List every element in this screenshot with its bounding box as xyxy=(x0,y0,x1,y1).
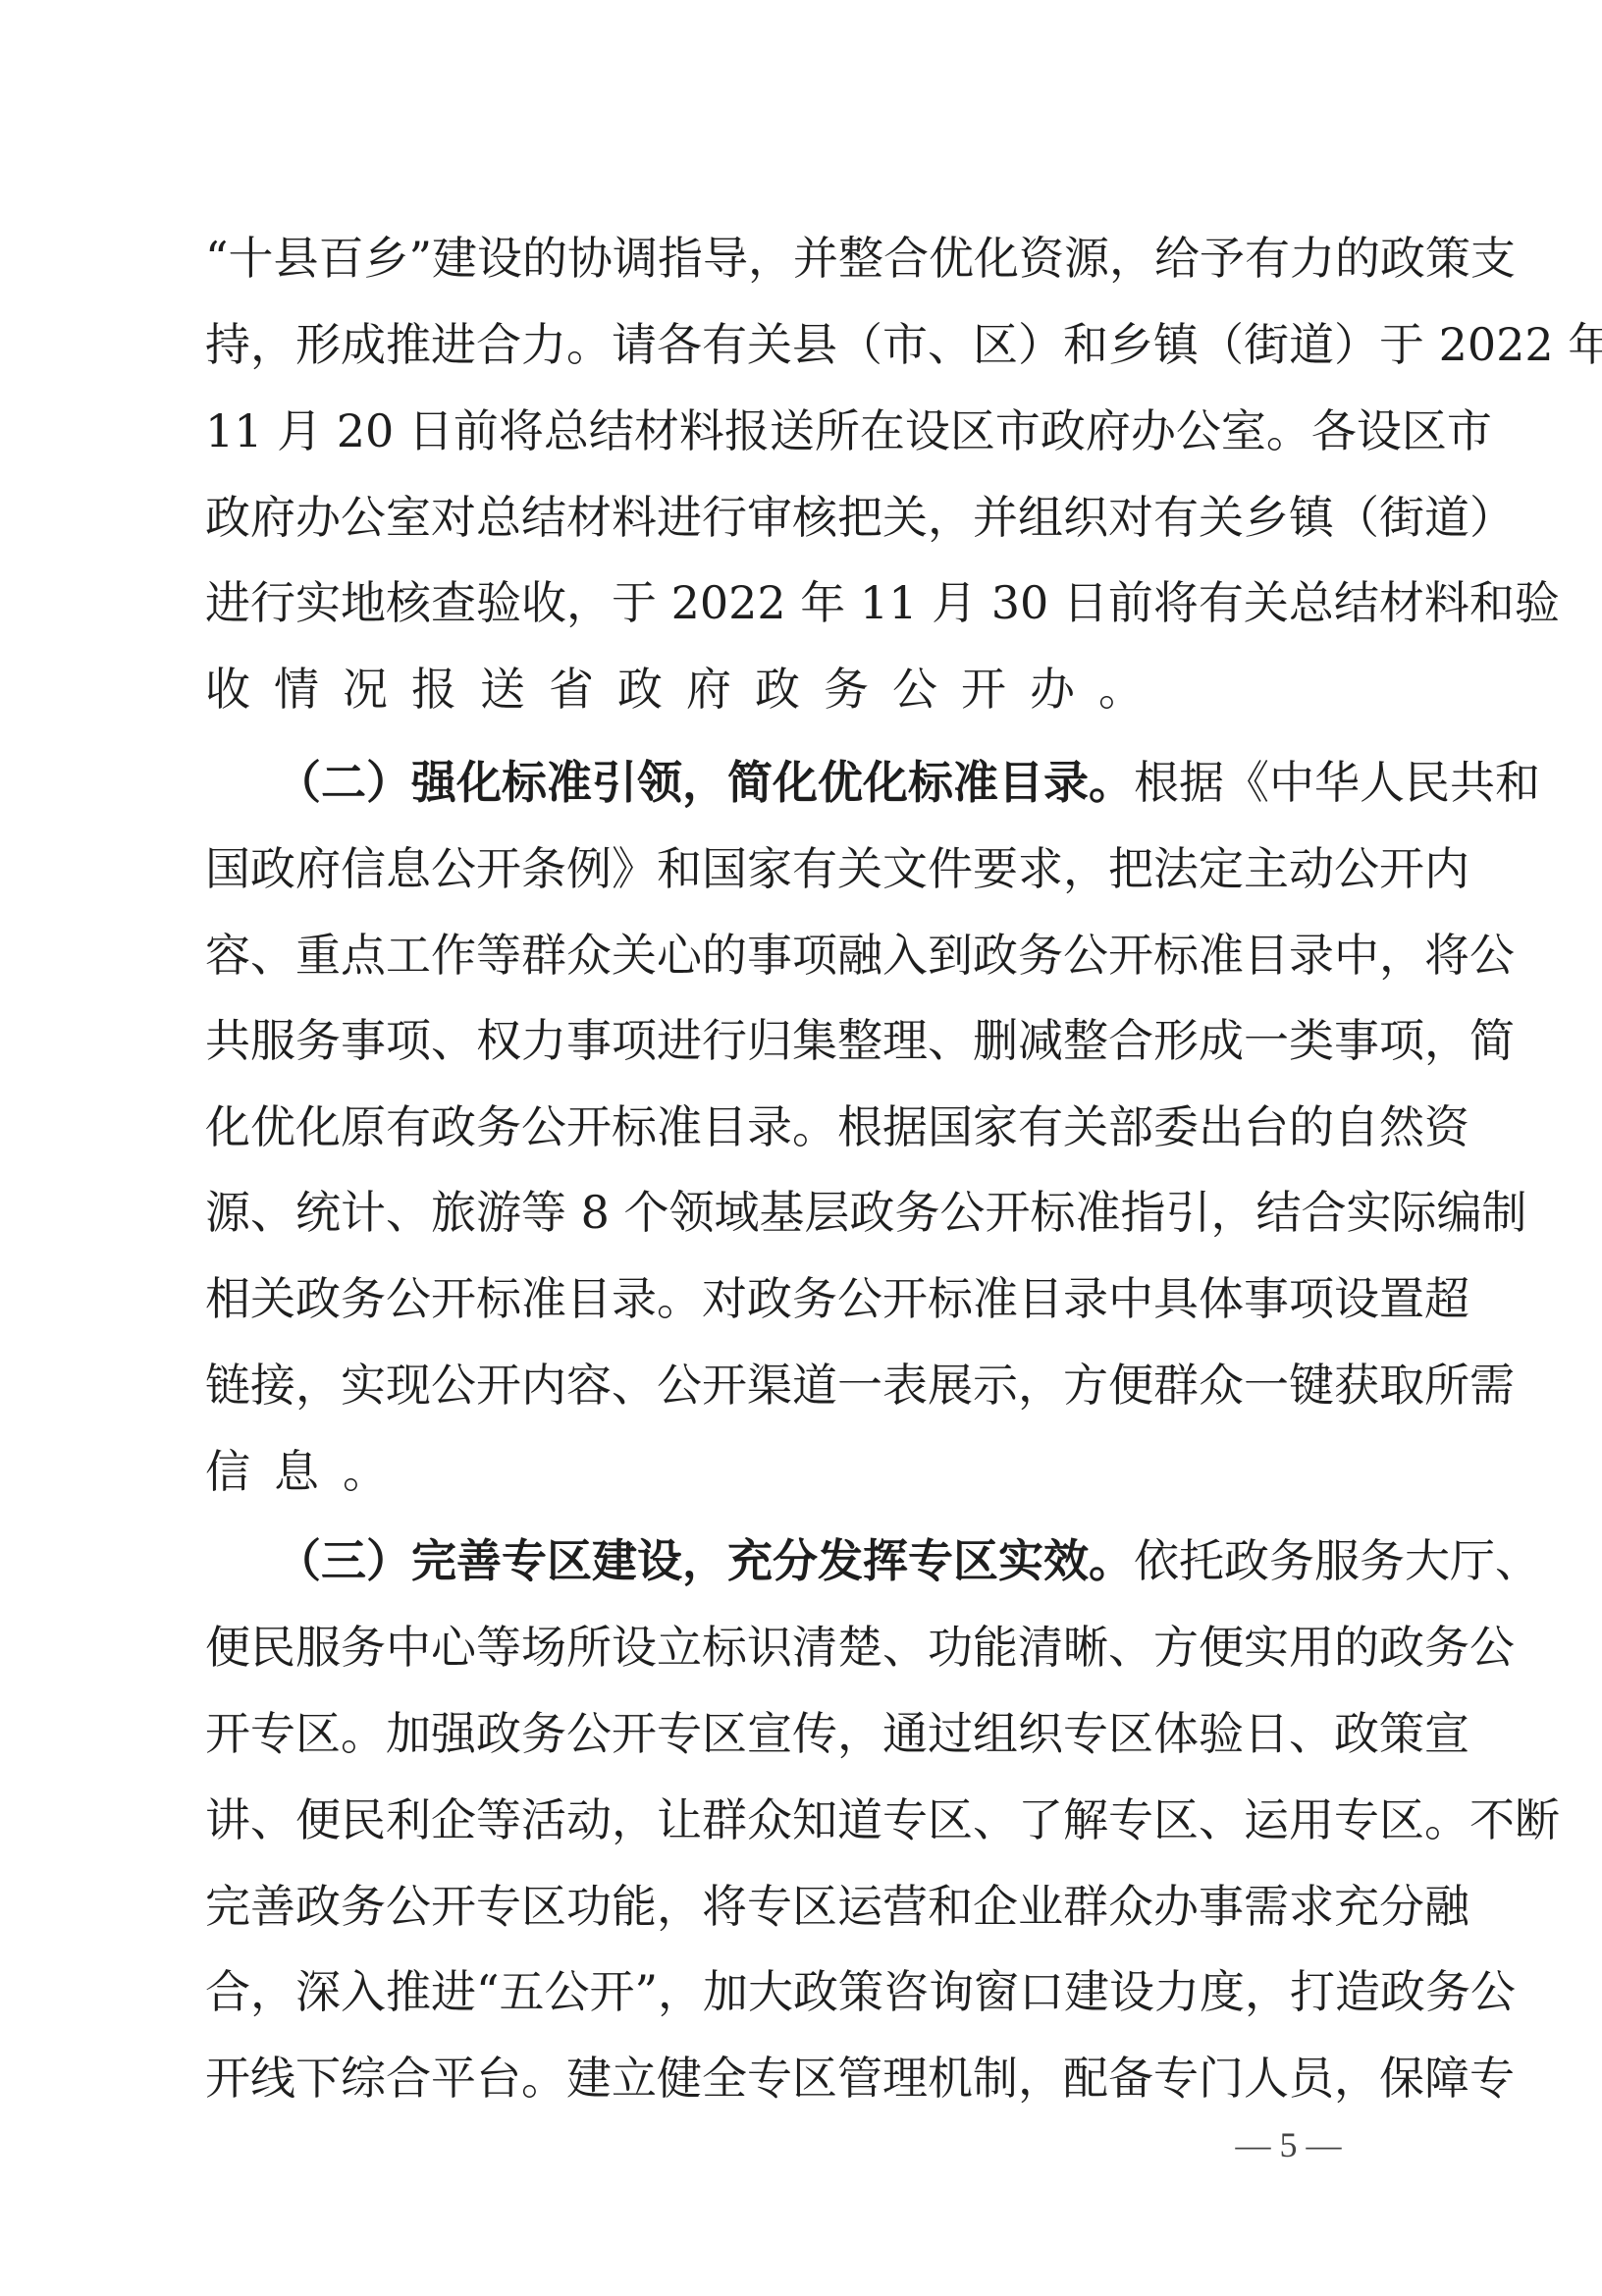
text-line: 容、重点工作等群众关心的事项融入到政务公开标准目录中，将公 xyxy=(205,926,1408,985)
text-line: 合，深入推进“五公开”，加大政策咨询窗口建设力度，打造政务公 xyxy=(205,1962,1408,2021)
text-line: 政府办公室对总结材料进行审核把关，并组织对有关乡镇（街道） xyxy=(205,488,1408,547)
page-number: — 5 — xyxy=(1207,2120,1369,2169)
text-line: 相关政务公开标准目录。对政务公开标准目录中具体事项设置超 xyxy=(205,1269,1408,1328)
text-line: 进行实地核查验收，于 2022 年 11 月 30 日前将有关总结材料和验 xyxy=(205,573,1408,632)
text-line: 开专区。加强政务公开专区宣传，通过组织专区体验日、政策宣 xyxy=(205,1704,1408,1763)
text-run: 根据《中华人民共和 xyxy=(1134,756,1540,809)
text-line: 国政府信息公开条例》和国家有关文件要求，把法定主动公开内 xyxy=(205,839,1408,898)
text-line: 11 月 20 日前将总结材料报送所在设区市政府办公室。各设区市 xyxy=(205,401,1408,460)
text-line: 开线下综合平台。建立健全专区管理机制，配备专门人员，保障专 xyxy=(205,2049,1408,2108)
text-line: “十县百乡”建设的协调指导，并整合优化资源，给予有力的政策支 xyxy=(205,229,1408,288)
text-line: 讲、便民利企等活动，让群众知道专区、了解专区、运用专区。不断 xyxy=(205,1790,1408,1849)
text-line: 收情况报送省政府政务公开办。 xyxy=(205,660,1408,719)
text-line: 完善政务公开专区功能，将专区运营和企业群众办事需求充分融 xyxy=(205,1877,1408,1936)
section-heading-line: （三）完善专区建设，充分发挥专区实效。依托政务服务大厅、 xyxy=(276,1531,1408,1590)
section-heading-line: （二）强化标准引领，简化优化标准目录。根据《中华人民共和 xyxy=(276,753,1408,812)
text-line: 化优化原有政务公开标准目录。根据国家有关部委出台的自然资 xyxy=(205,1097,1408,1156)
document-page: “十县百乡”建设的协调指导，并整合优化资源，给予有力的政策支 持，形成推进合力。… xyxy=(0,0,1602,2296)
text-line: 共服务事项、权力事项进行归集整理、删减整合形成一类事项，简 xyxy=(205,1011,1408,1070)
text-line: 源、统计、旅游等 8 个领域基层政务公开标准指引，结合实际编制 xyxy=(205,1183,1408,1242)
text-line: 链接，实现公开内容、公开渠道一表展示，方便群众一键获取所需 xyxy=(205,1356,1408,1415)
text-run: 依托政务服务大厅、 xyxy=(1134,1534,1540,1587)
section-heading-3: （三）完善专区建设，充分发挥专区实效。 xyxy=(276,1534,1134,1587)
text-line: 信息。 xyxy=(205,1442,1408,1501)
section-heading-2: （二）强化标准引领，简化优化标准目录。 xyxy=(276,756,1134,809)
text-line: 持，形成推进合力。请各有关县（市、区）和乡镇（街道）于 2022 年 xyxy=(205,315,1408,374)
text-line: 便民服务中心等场所设立标识清楚、功能清晰、方便实用的政务公 xyxy=(205,1618,1408,1677)
